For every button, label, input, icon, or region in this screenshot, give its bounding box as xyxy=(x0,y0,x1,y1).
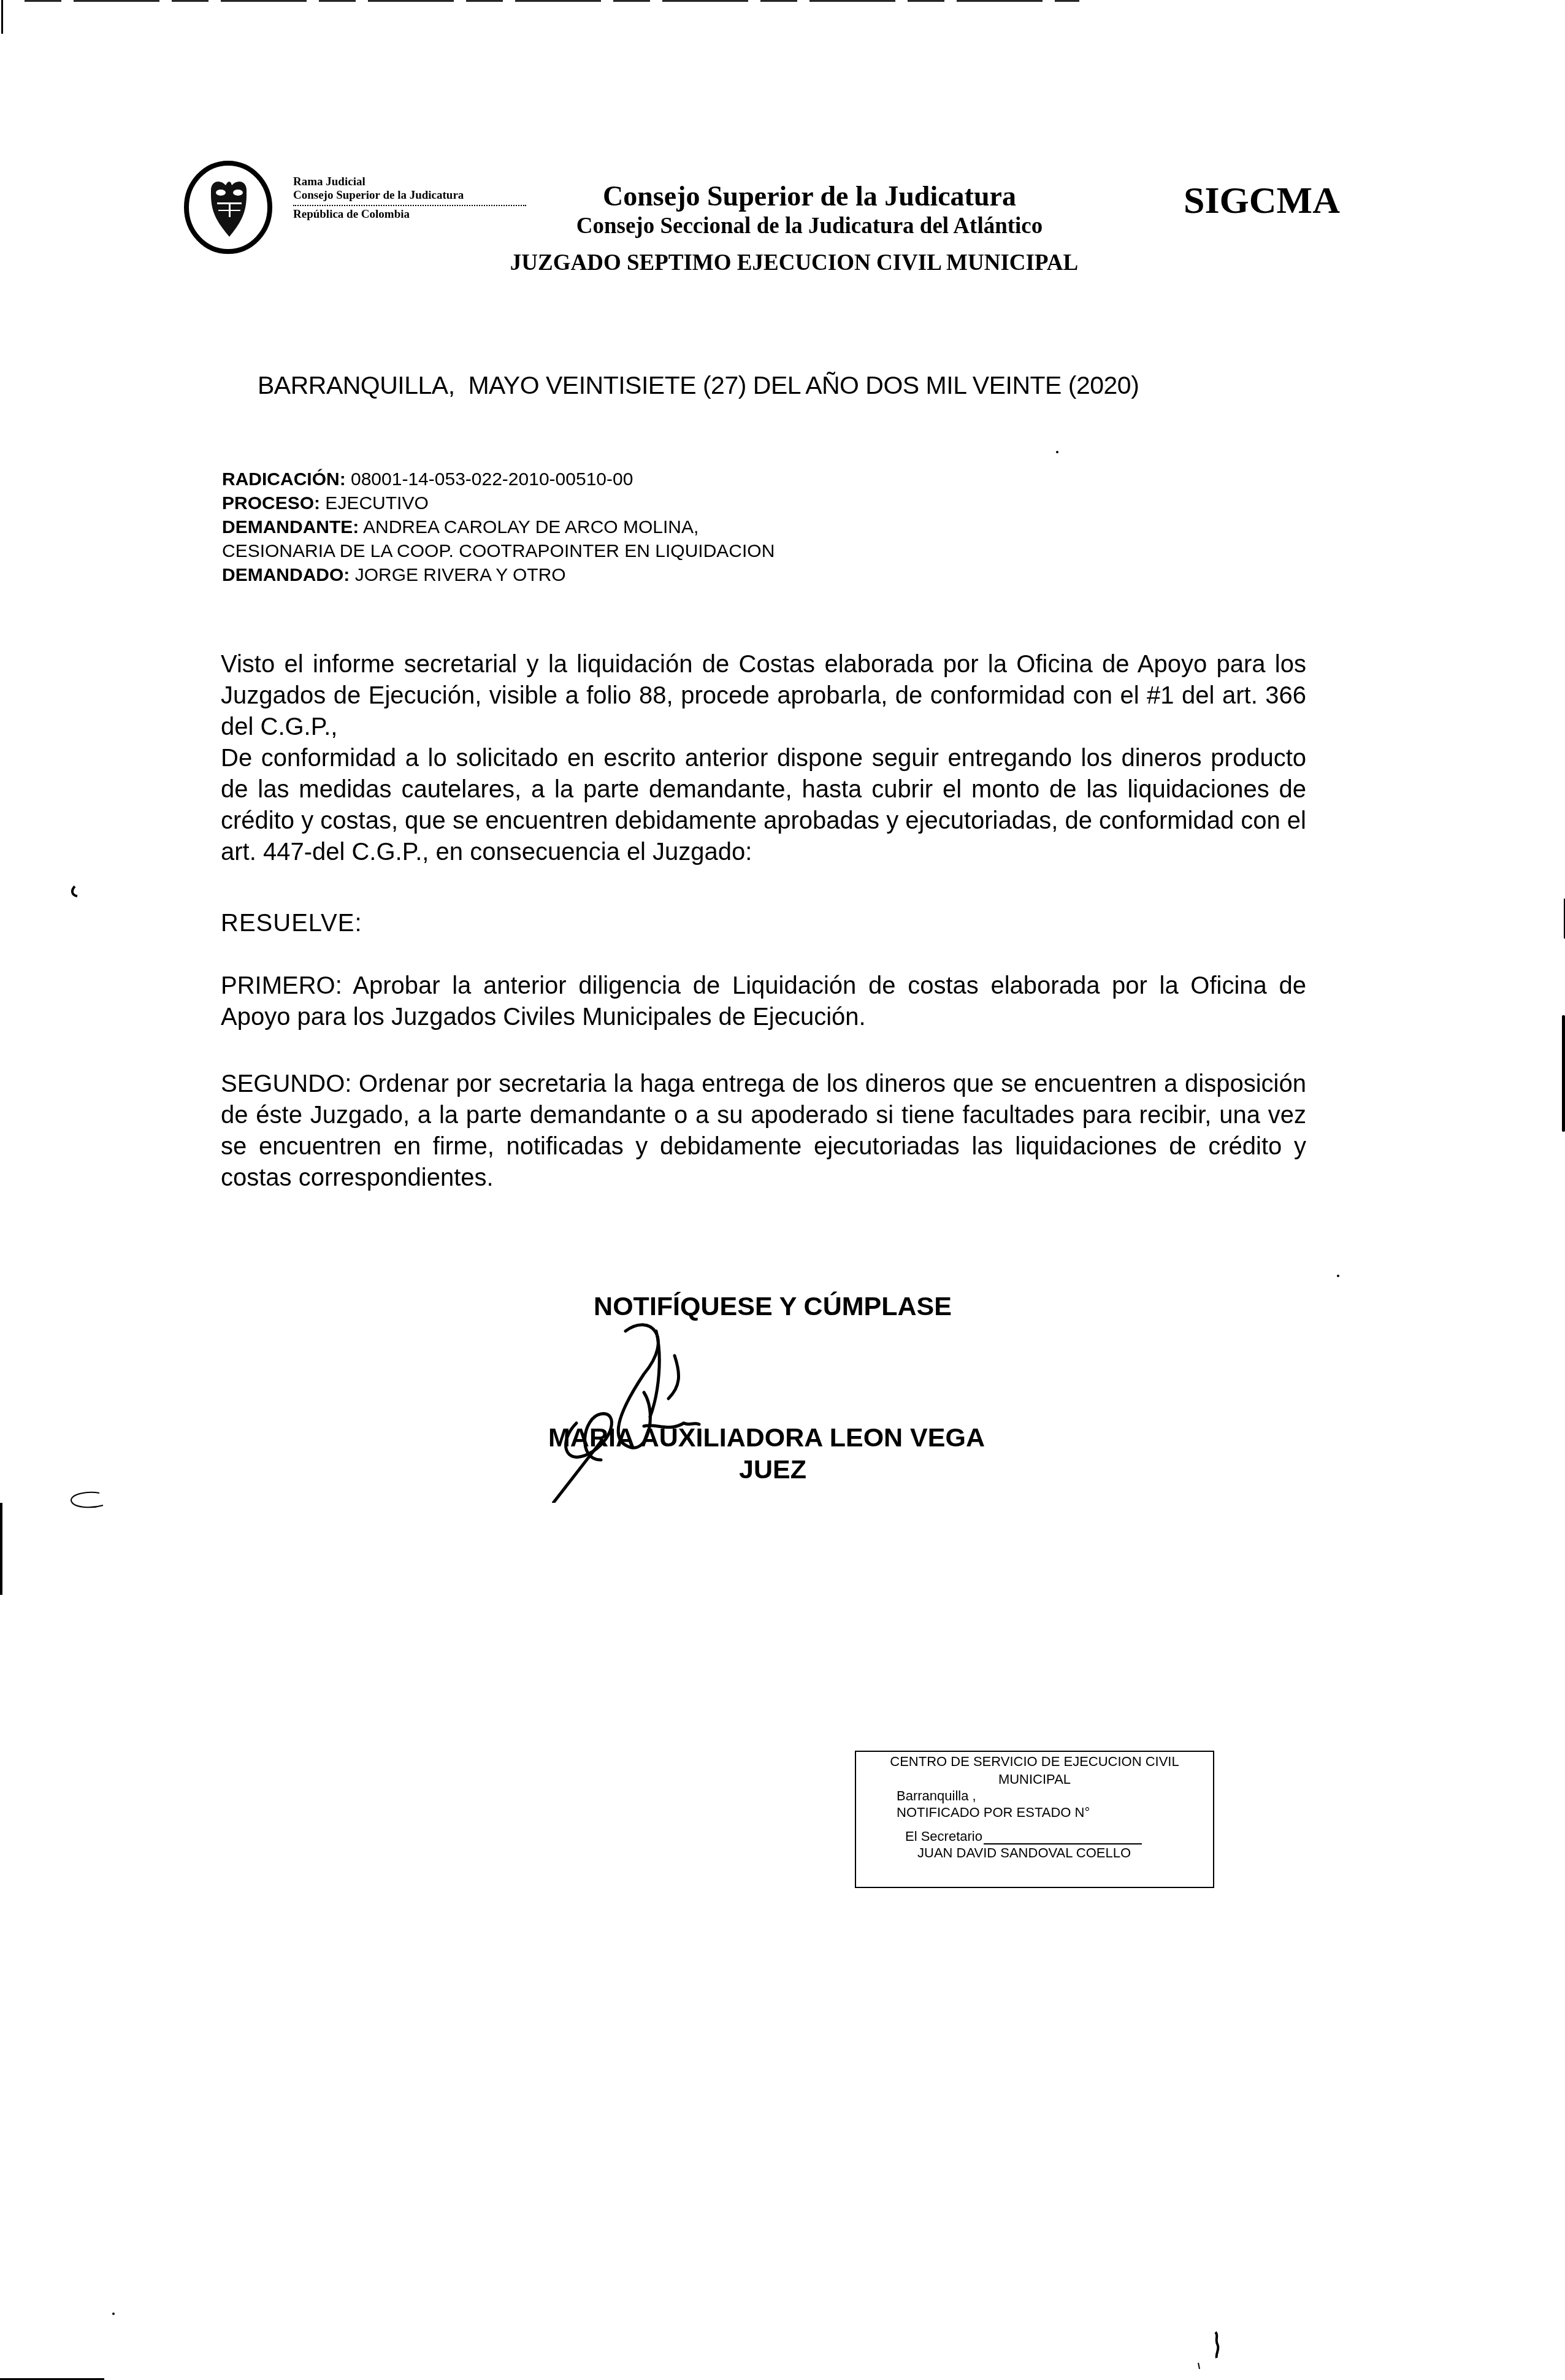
case-info-value: JORGE RIVERA Y OTRO xyxy=(350,565,565,585)
signature-block: NOTIFÍQUESE Y CÚMPLASE MARIA AUXILIADORA… xyxy=(503,1291,1043,1322)
resolve-heading: RESUELVE: xyxy=(221,908,362,939)
case-info-value: CESIONARIA DE LA COOP. COOTRAPOINTER EN … xyxy=(222,541,775,561)
case-info-row: CESIONARIA DE LA COOP. COOTRAPOINTER EN … xyxy=(222,539,775,563)
case-info-row: DEMANDADO: JORGE RIVERA Y OTRO xyxy=(222,563,775,587)
paragraph-order: De conformidad a lo solicitado en escrit… xyxy=(221,743,1306,868)
closing-formula: NOTIFÍQUESE Y CÚMPLASE xyxy=(503,1291,1043,1322)
stamp-city: Barranquilla , xyxy=(856,1787,1213,1804)
case-info: RADICACIÓN: 08001-14-053-022-2010-00510-… xyxy=(222,467,775,587)
scan-speck xyxy=(1056,451,1058,453)
case-info-label: PROCESO: xyxy=(222,493,320,513)
council-title: Consejo Superior de la Judicatura xyxy=(478,180,1141,213)
case-info-row: DEMANDANTE: ANDREA CAROLAY DE ARCO MOLIN… xyxy=(222,515,775,539)
court-name: JUZGADO SEPTIMO EJECUCION CIVIL MUNICIPA… xyxy=(448,250,1141,277)
case-info-value: ANDREA CAROLAY DE ARCO MOLINA, xyxy=(359,517,698,537)
case-info-label: DEMANDADO: xyxy=(222,565,350,585)
stamp-secretary-label: El Secretario xyxy=(905,1829,982,1844)
case-info-row: PROCESO: EJECUTIVO xyxy=(222,491,775,515)
resolution-second: SEGUNDO: Ordenar por secretaria la haga … xyxy=(221,1069,1306,1194)
considerations: Visto el informe secretarial y la liquid… xyxy=(221,649,1306,868)
resolution-first: PRIMERO: Aprobar la anterior diligencia … xyxy=(221,970,1306,1033)
stamp-secretary-row: El Secretario xyxy=(856,1828,1213,1845)
case-info-value: 08001-14-053-022-2010-00510-00 xyxy=(346,469,633,489)
stamp-title-1: CENTRO DE SERVICIO DE EJECUCION CIVIL xyxy=(856,1753,1213,1770)
coat-of-arms-seal-icon xyxy=(183,158,274,255)
handwritten-signature-icon xyxy=(552,1319,895,1503)
scan-edge-artifact xyxy=(1,0,3,34)
scan-edge-artifact xyxy=(0,1503,2,1595)
scan-speck xyxy=(1337,1275,1339,1277)
case-info-value: EJECUTIVO xyxy=(320,493,429,513)
council-heading: Consejo Superior de la Judicatura Consej… xyxy=(552,180,1141,277)
case-info-label: RADICACIÓN: xyxy=(222,469,346,489)
scan-smudge-icon xyxy=(1196,2330,1239,2373)
council-subtitle: Consejo Seccional de la Judicatura del A… xyxy=(478,213,1141,240)
case-info-row: RADICACIÓN: 08001-14-053-022-2010-00510-… xyxy=(222,467,775,491)
scan-edge-artifact xyxy=(25,0,1079,2)
stamp-notice: NOTIFICADO POR ESTADO N° xyxy=(856,1804,1213,1821)
scan-edge-artifact xyxy=(1562,1015,1565,1132)
stamp-title-2: MUNICIPAL xyxy=(856,1771,1213,1787)
margin-mark-icon xyxy=(69,880,99,902)
notification-stamp: CENTRO DE SERVICIO DE EJECUCION CIVIL MU… xyxy=(855,1751,1214,1888)
stamp-secretary-name: JUAN DAVID SANDOVAL COELLO xyxy=(856,1845,1213,1861)
hole-punch-mark-icon xyxy=(69,1491,108,1510)
system-code: SIGCMA xyxy=(1184,179,1340,222)
case-info-label: DEMANDANTE: xyxy=(222,517,359,537)
paragraph-considerations: Visto el informe secretarial y la liquid… xyxy=(221,649,1306,743)
dateline: BARRANQUILLA, MAYO VEINTISIETE (27) DEL … xyxy=(258,370,1139,401)
scan-speck xyxy=(112,2313,115,2315)
